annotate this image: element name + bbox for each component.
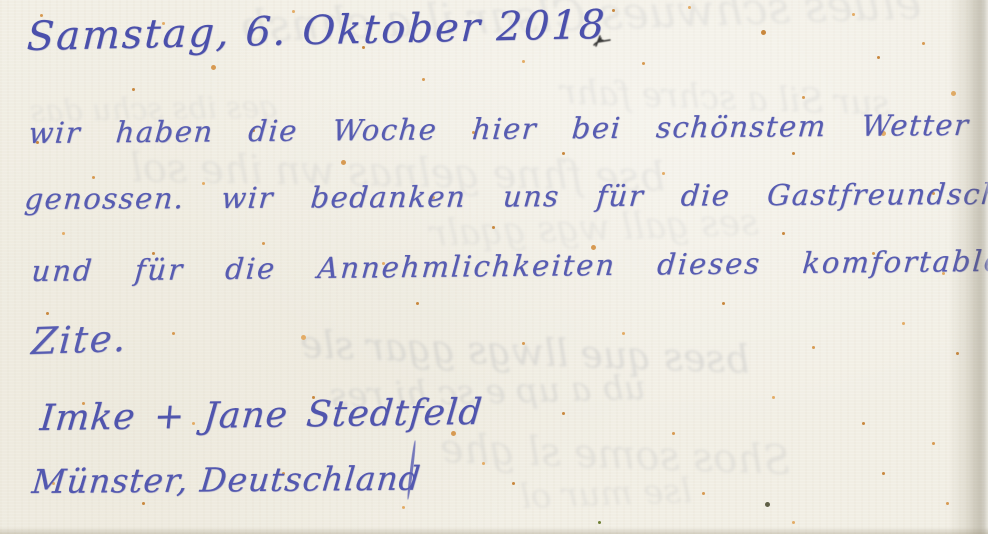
entry-body-line-4: Zite. bbox=[30, 317, 129, 363]
page-bottom-shadow bbox=[0, 527, 988, 534]
entry-signature: Imke + Jane Stedtfeld bbox=[38, 392, 484, 439]
entry-date-line: Samstag, 6. Oktober 2018 bbox=[26, 2, 608, 60]
entry-body-line-2: genossen. wir bedanken uns für die Gastf… bbox=[23, 177, 988, 216]
ghost-text: bses que llwgs ggar sle bbox=[299, 322, 750, 382]
foxing-dots bbox=[0, 0, 3, 3]
entry-body-line-1: wir haben die Woche hier bei schönstem W… bbox=[27, 108, 970, 150]
entry-body-line-3: und für die Annehmlichkeiten dieses komf… bbox=[30, 244, 988, 288]
entry-location: Münster, Deutschland bbox=[30, 459, 423, 501]
guestbook-page: elues schwues Clsar il a chnsb sur Sil a… bbox=[0, 0, 988, 534]
ghost-text: Shos some sl ghe bbox=[439, 426, 791, 484]
ghost-text: lse mur ol bbox=[519, 471, 692, 517]
ink-smudge-mark bbox=[592, 32, 614, 54]
